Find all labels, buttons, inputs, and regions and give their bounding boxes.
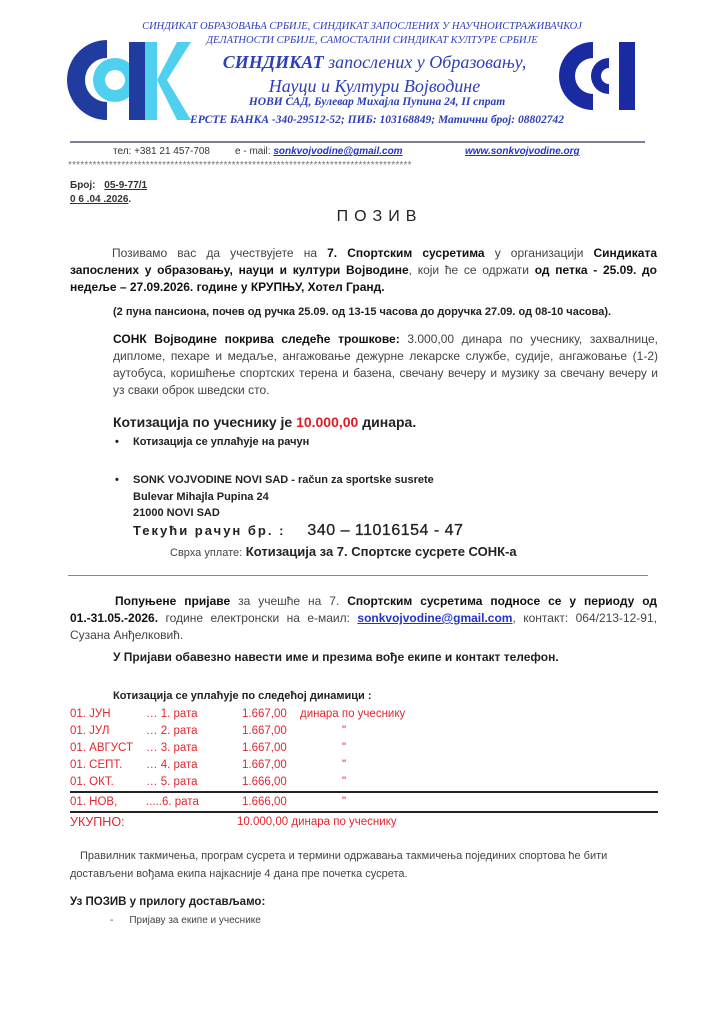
- dash-icon: -: [110, 915, 113, 926]
- table-row: 01. ЈУН… 1. рата1.667,00динара по учесни…: [70, 706, 658, 723]
- stars-divider: ****************************************…: [68, 160, 412, 171]
- attachments-heading: Уз ПОЗИВ у прилогу достављамо:: [70, 896, 265, 908]
- union-address: НОВИ САД, Булевар Михајла Пупина 24, II …: [0, 96, 724, 108]
- section-divider: [68, 575, 648, 576]
- header-divider: [70, 141, 645, 143]
- costs-paragraph: СОНК Војводине покрива следеће трошкове:…: [113, 331, 658, 399]
- attachment-item: -Пријаву за екипе и учеснике: [110, 915, 261, 926]
- table-row: 01. СЕПТ.… 4. рата1.667,00": [70, 757, 658, 774]
- union-title-bold: СИНДИКАТ: [223, 52, 324, 72]
- application-paragraph: Попуњене пријаве за учешће на 7. Спортск…: [70, 593, 657, 644]
- rules-paragraph: Правилник такмичења, програм сусрета и т…: [70, 847, 660, 883]
- bullet-icon: •: [115, 472, 119, 489]
- board-info: (2 пуна пансиона, почев од ручка 25.09. …: [113, 306, 663, 318]
- table-row: 01. НОВ,.....6. рата1.666,00": [70, 794, 658, 811]
- table-row: 01. АВГУСТ… 3. рата1.667,00": [70, 740, 658, 757]
- union-title-line2: Науци и Култури Војводине: [0, 76, 724, 97]
- table-total-row: УКУПНО:10.000,00 динара по учеснику: [70, 814, 658, 831]
- bank-info: ЕРСТЕ БАНКА -340-29512-52; ПИБ: 10316884…: [0, 114, 724, 126]
- reference-label: Број:: [70, 180, 96, 191]
- bullet-payment: •Котизација се уплаћује на рачун: [133, 436, 309, 448]
- reference-value: 05-9-77/1: [98, 180, 153, 191]
- table-rule: [70, 811, 658, 813]
- org-line-1: СИНДИКАТ ОБРАЗОВАЊА СРБИЈЕ, СИНДИКАТ ЗАП…: [0, 21, 724, 32]
- invitation-paragraph: Позивамо вас да учествујете на 7. Спортс…: [70, 245, 657, 296]
- application-note: У Пријави обавезно навести име и презима…: [113, 650, 559, 664]
- installments-heading: Котизација се уплаћује по следећој динам…: [113, 690, 372, 702]
- phone: тел: +381 21 457-708: [113, 146, 210, 157]
- union-title-rest: запослених у Образовању,: [324, 52, 527, 72]
- table-row: 01. ЈУЛ… 2. рата1.667,00": [70, 723, 658, 740]
- application-email-link[interactable]: sonkvojvodine@gmail.com: [357, 611, 512, 625]
- account-number: 340 – 11016154 - 47: [307, 522, 463, 539]
- email-label: e - mail:: [235, 146, 271, 157]
- union-title: СИНДИКАТ запослених у Образовању,: [0, 52, 724, 73]
- org-line-2: ДЕЛАТНОСТИ СРБИЈЕ, САМОСТАЛНИ СИНДИКАТ К…: [0, 35, 724, 46]
- contact-row: тел: +381 21 457-708 e - mail: sonkvojvo…: [70, 146, 650, 160]
- website-link[interactable]: www.sonkvojvodine.org: [465, 146, 580, 157]
- phone-label: тел:: [113, 146, 131, 157]
- account-label: Текући рачун бр. :: [133, 523, 285, 538]
- phone-number: +381 21 457-708: [134, 146, 210, 157]
- payment-purpose: Сврха уплате: Котизација за 7. Спортске …: [170, 544, 517, 559]
- document-title: ПОЗИВ: [0, 208, 724, 226]
- bullet-icon: •: [115, 436, 119, 448]
- table-row: 01. ОКТ.… 5. рата1.666,00": [70, 774, 658, 791]
- bullet-recipient: •SONK VOJVODINE NOVI SAD - račun za spor…: [133, 472, 434, 522]
- installments-table: 01. ЈУН… 1. рата1.667,00динара по учесни…: [70, 706, 658, 831]
- table-rule: [70, 791, 658, 793]
- bank-account: Текући рачун бр. :340 – 11016154 - 47: [133, 522, 463, 540]
- reference-number: Број: 05-9-77/1: [70, 180, 153, 191]
- fee-line: Котизација по учеснику је 10.000,00 дина…: [113, 414, 416, 430]
- email-link[interactable]: sonkvojvodine@gmail.com: [273, 146, 402, 157]
- document-date: 0 6 .04 .2026.: [70, 194, 131, 205]
- date-value: 0 6 .04 .2026: [70, 194, 128, 205]
- fee-amount: 10.000,00: [296, 414, 358, 430]
- email: e - mail: sonkvojvodine@gmail.com: [235, 146, 403, 157]
